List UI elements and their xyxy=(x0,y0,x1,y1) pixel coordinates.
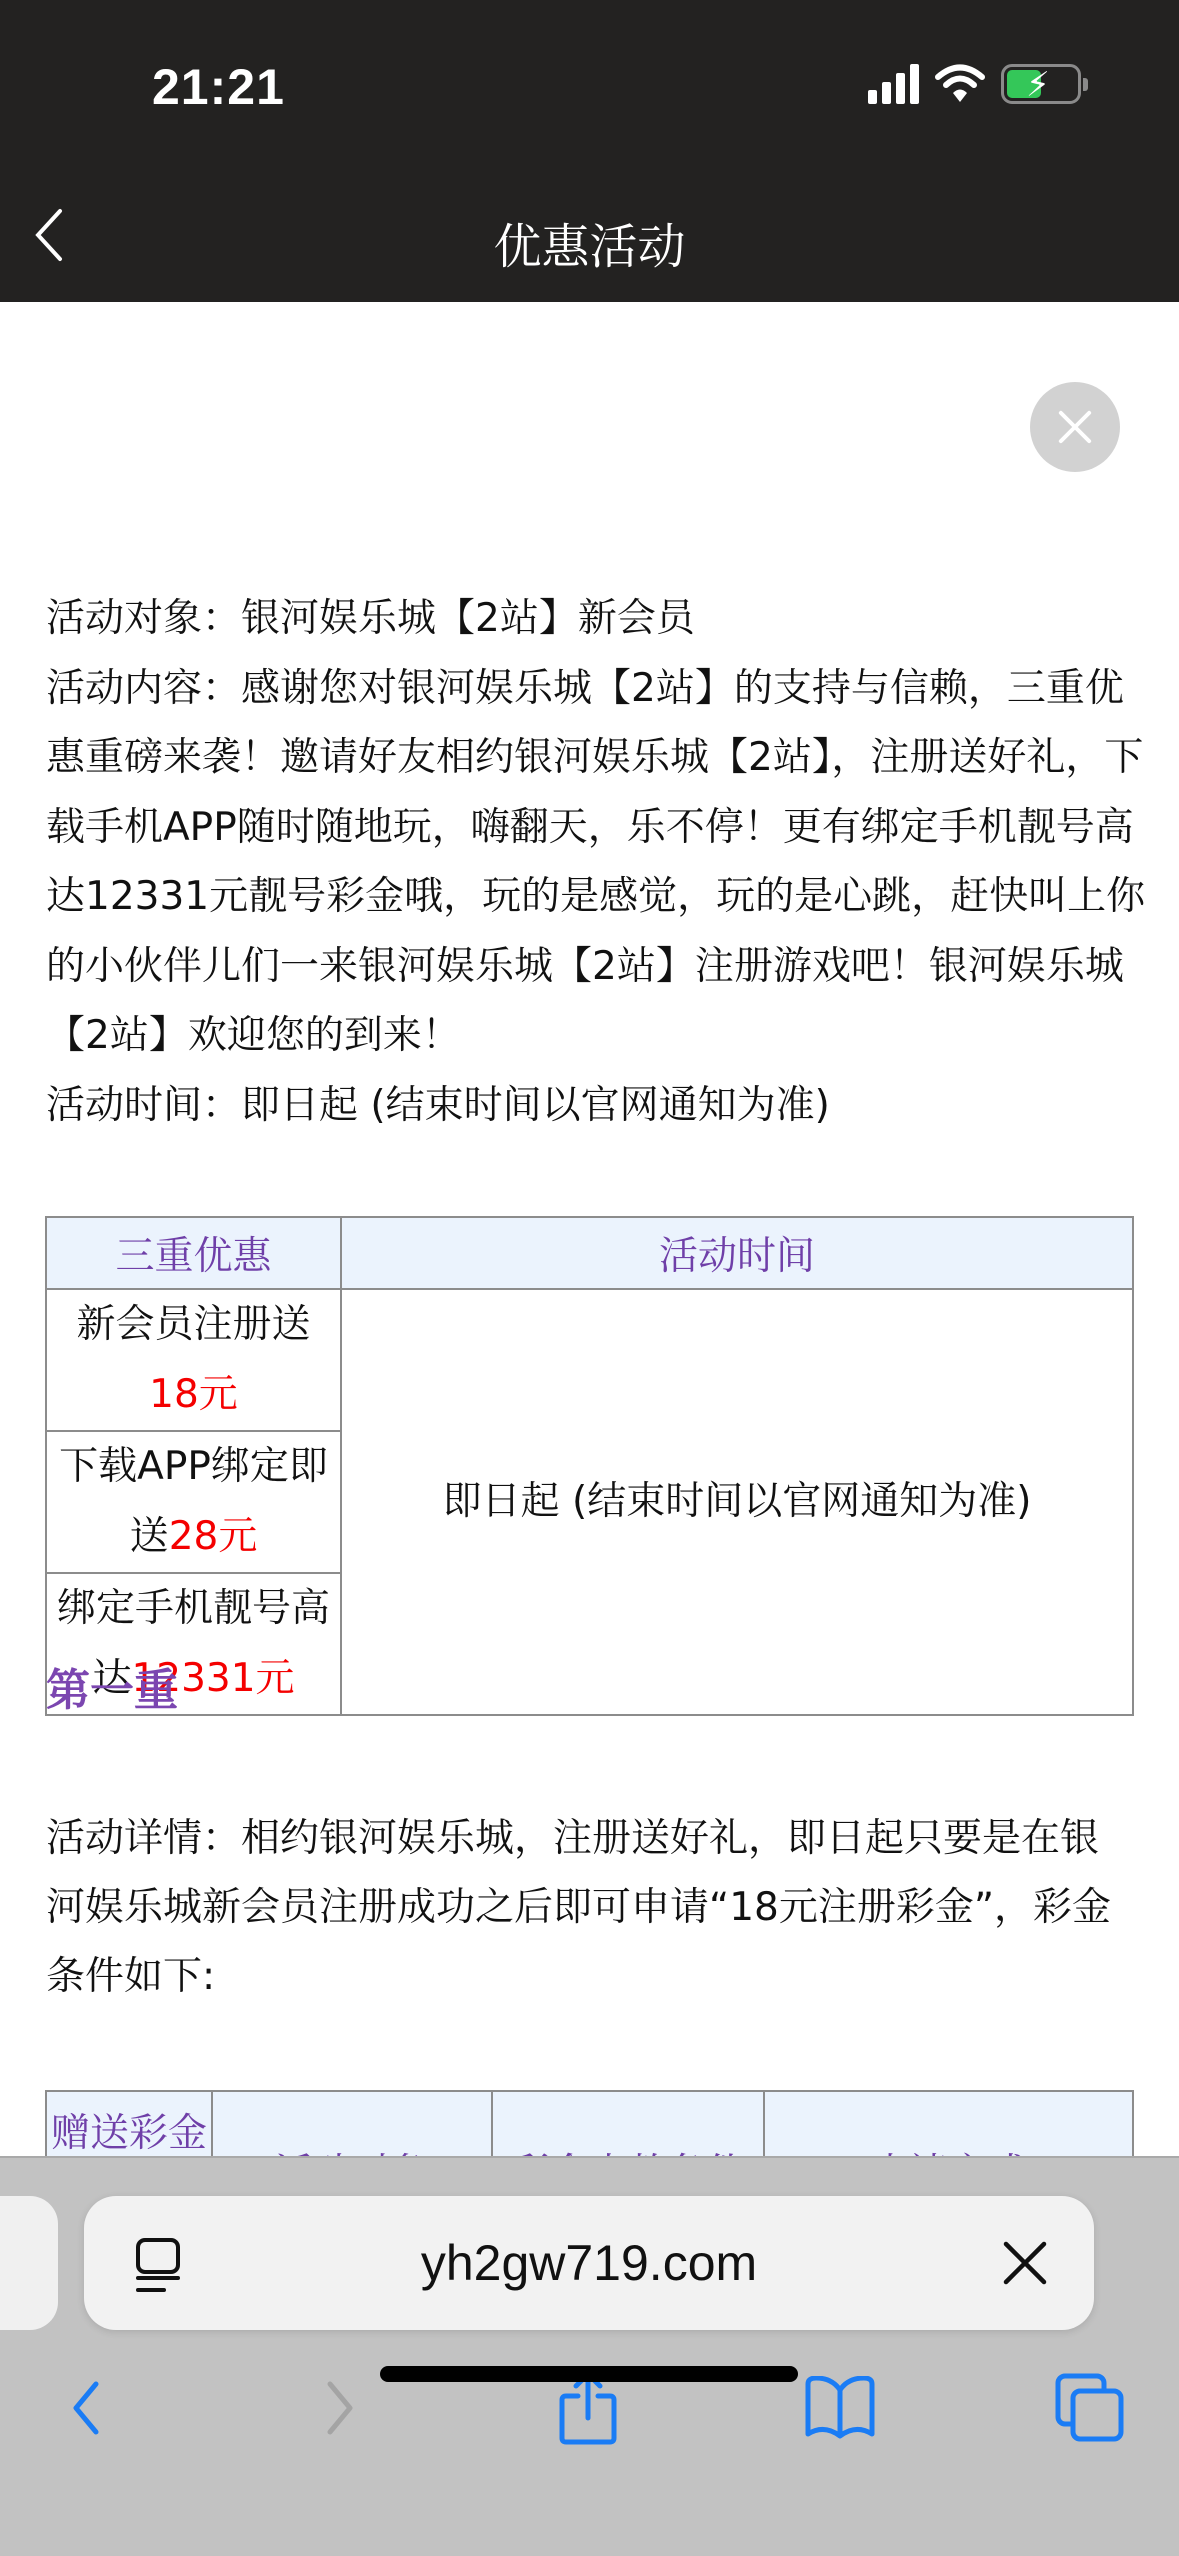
promo-time-cell: 即日起 (结束时间以官网通知为准) xyxy=(341,1289,1133,1715)
promo-table: 三重优惠 活动时间 新会员注册送18元 即日起 (结束时间以官网通知为准) 下载… xyxy=(45,1216,1134,1716)
content-area[interactable]: 活动对象：银河娱乐城【2站】新会员 活动内容：感谢您对银河娱乐城【2站】的支持与… xyxy=(0,302,1179,2156)
promo-amount: 18元 xyxy=(149,1372,238,1417)
cond-header: 活动对象 xyxy=(212,2091,492,2156)
table-row: 新会员注册送18元 即日起 (结束时间以官网通知为准) xyxy=(46,1289,1133,1431)
cond-header: 申请方式 xyxy=(764,2091,1133,2156)
activity-content: 活动内容：感谢您对银河娱乐城【2站】的支持与信赖，三重优惠重磅来袭！邀请好友相约… xyxy=(46,654,1146,1071)
chevron-left-icon xyxy=(66,2378,106,2438)
wifi-icon xyxy=(935,64,985,104)
promo-header-time: 活动时间 xyxy=(341,1217,1133,1289)
intro-text: 活动对象：银河娱乐城【2站】新会员 活动内容：感谢您对银河娱乐城【2站】的支持与… xyxy=(46,584,1146,1140)
back-button[interactable] xyxy=(36,2348,136,2468)
promo-cell: 新会员注册送18元 xyxy=(46,1289,341,1431)
section-detail: 活动详情：相约银河娱乐城，注册送好礼，即日起只要是在银河娱乐城新会员注册成功之后… xyxy=(46,1804,1126,2011)
close-button[interactable] xyxy=(1030,382,1120,472)
close-icon[interactable] xyxy=(998,2236,1052,2290)
browser-bottom-bar: yh2gw719.com xyxy=(0,2156,1179,2556)
chevron-right-icon xyxy=(320,2378,360,2438)
top-bar: 21:21 ⚡ 优惠活动 xyxy=(0,0,1179,302)
promo-amount: 28元 xyxy=(169,1514,258,1559)
activity-time: 活动时间：即日起 (结束时间以官网通知为准) xyxy=(46,1071,1146,1141)
promo-header-offers: 三重优惠 xyxy=(46,1217,341,1289)
promo-cell: 下载APP绑定即送28元 xyxy=(46,1431,341,1573)
book-icon xyxy=(804,2376,876,2440)
forward-button[interactable] xyxy=(290,2348,390,2468)
cellular-signal-icon xyxy=(868,64,919,104)
activity-target: 活动对象：银河娱乐城【2站】新会员 xyxy=(46,584,1146,654)
previous-tab-preview[interactable] xyxy=(0,2196,58,2330)
status-icons: ⚡ xyxy=(868,64,1081,104)
bookmarks-button[interactable] xyxy=(790,2348,890,2468)
page-title: 优惠活动 xyxy=(0,208,1179,277)
cond-header: 彩金出款条件 xyxy=(492,2091,764,2156)
url-text[interactable]: yh2gw719.com xyxy=(84,2234,1094,2292)
home-indicator[interactable] xyxy=(380,2366,798,2382)
tabs-icon xyxy=(1055,2373,1125,2443)
battery-charging-icon: ⚡ xyxy=(1001,64,1081,104)
tabs-button[interactable] xyxy=(1040,2348,1140,2468)
conditions-table: 赠送彩金 活动对象 彩金出款条件 申请方式 xyxy=(45,2090,1134,2156)
address-bar[interactable]: yh2gw719.com xyxy=(84,2196,1094,2330)
status-time: 21:21 xyxy=(152,58,285,116)
cond-header: 赠送彩金 xyxy=(46,2091,212,2156)
section-title: 第一重 xyxy=(46,1654,178,1718)
